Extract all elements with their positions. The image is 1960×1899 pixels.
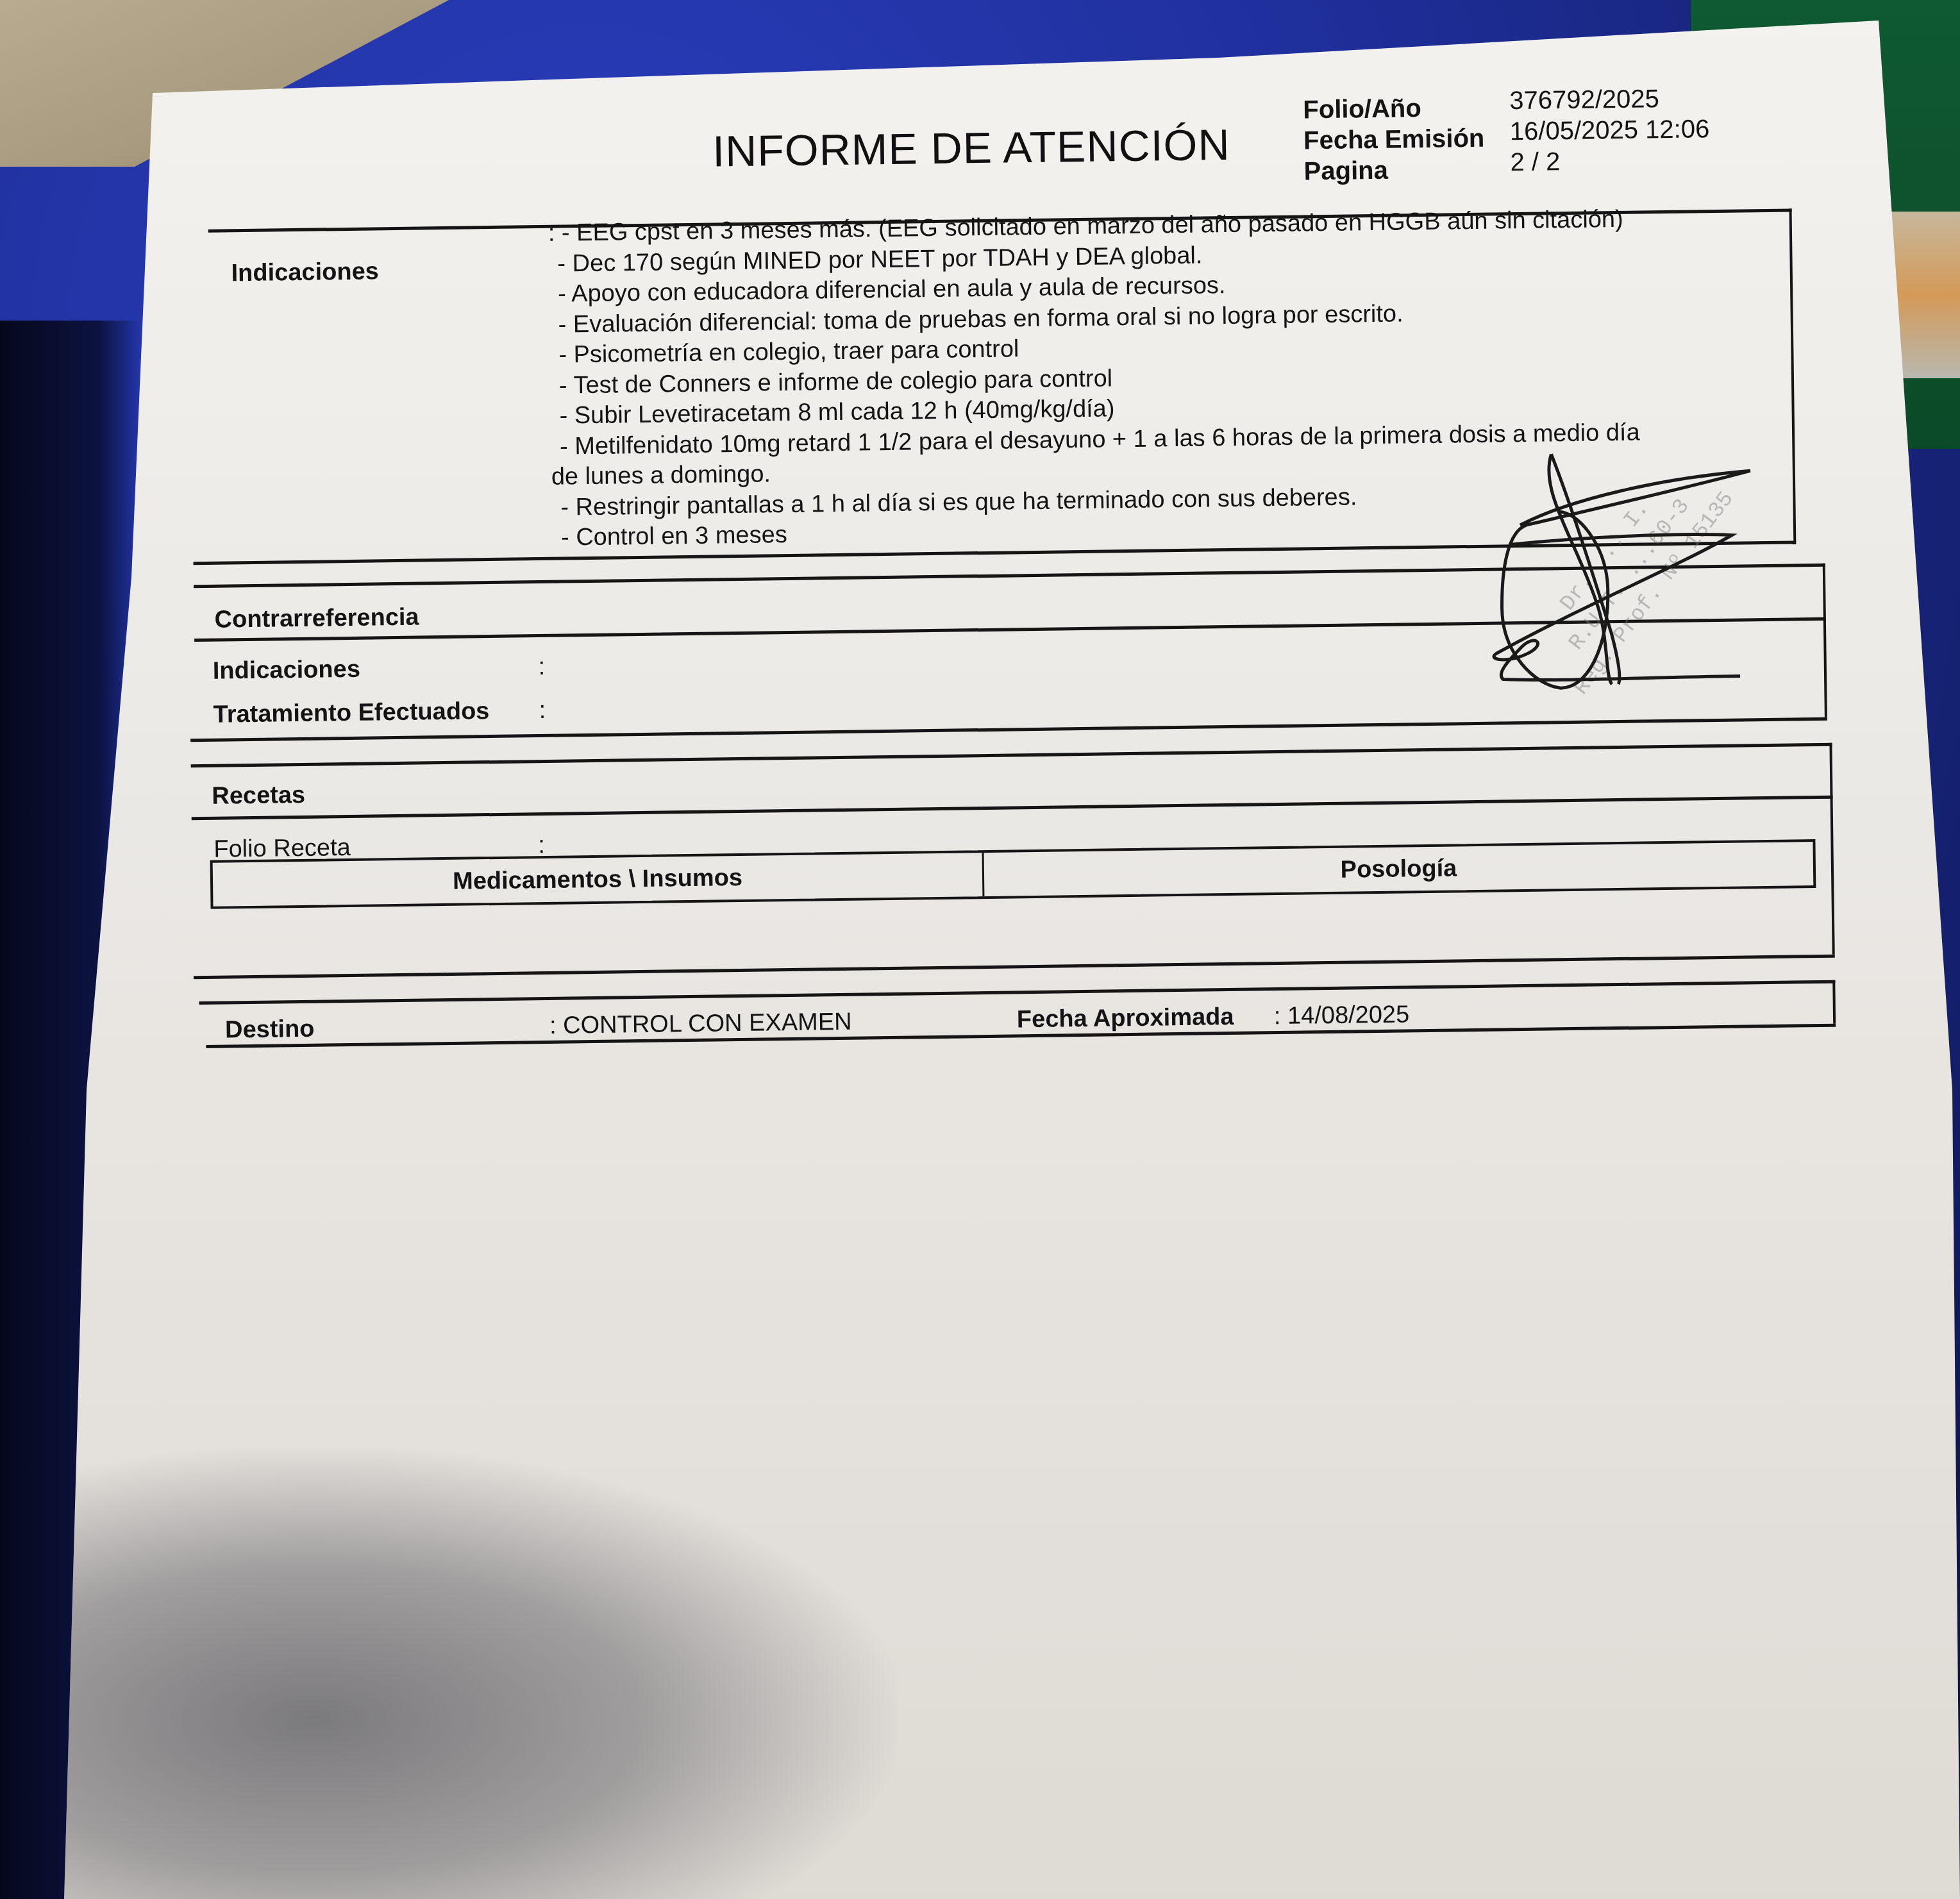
colon: : [538, 832, 545, 859]
box-border-right [1823, 564, 1827, 717]
fecha-emision-label: Fecha Emisión [1303, 124, 1485, 156]
contrarreferencia-heading: Contrarreferencia [214, 604, 419, 634]
folio-value: 376792/2025 [1509, 85, 1659, 115]
contra-indicaciones-label: Indicaciones [212, 656, 360, 685]
tratamiento-efectuados-label: Tratamiento Efectuados [213, 698, 489, 729]
paper-sheet: INFORME DE ATENCIÓN Folio/Año 376792/202… [0, 0, 1960, 1899]
column-header-medicamentos: Medicamentos \ Insumos [213, 853, 985, 907]
indicaciones-label: Indicaciones [231, 258, 379, 287]
colon: : [538, 653, 545, 681]
bleed-through-text [578, 1050, 584, 1080]
fecha-aproximada-label: Fecha Aproximada [1017, 1003, 1234, 1033]
report-document: INFORME DE ATENCIÓN Folio/Año 376792/202… [0, 0, 1960, 1899]
pagina-value: 2 / 2 [1510, 147, 1560, 177]
divider [192, 796, 1833, 821]
recetas-heading: Recetas [212, 782, 305, 810]
fecha-emision-value: 16/05/2025 12:06 [1510, 115, 1710, 146]
box-border-right [1789, 208, 1796, 542]
box-border-right [1832, 980, 1836, 1024]
divider [199, 980, 1835, 1005]
page-title: INFORME DE ATENCIÓN [712, 120, 1230, 177]
colon: : [539, 697, 546, 724]
indicaciones-list: : - EEG cpst en 3 meses más. (EEG solici… [548, 205, 1641, 554]
pagina-label: Pagina [1303, 156, 1388, 187]
destino-label: Destino [225, 1016, 315, 1044]
recetas-table-header: Medicamentos \ Insumos Posología [210, 839, 1816, 909]
box-border-right [1829, 743, 1834, 955]
signature [1480, 439, 1779, 699]
folio-label: Folio/Año [1303, 94, 1421, 124]
column-header-posologia: Posología [984, 842, 1814, 896]
divider [191, 743, 1832, 768]
fecha-aproximada-value: : 14/08/2025 [1274, 1001, 1410, 1030]
destino-value: : CONTROL CON EXAMEN [549, 1008, 852, 1040]
divider [194, 955, 1835, 980]
